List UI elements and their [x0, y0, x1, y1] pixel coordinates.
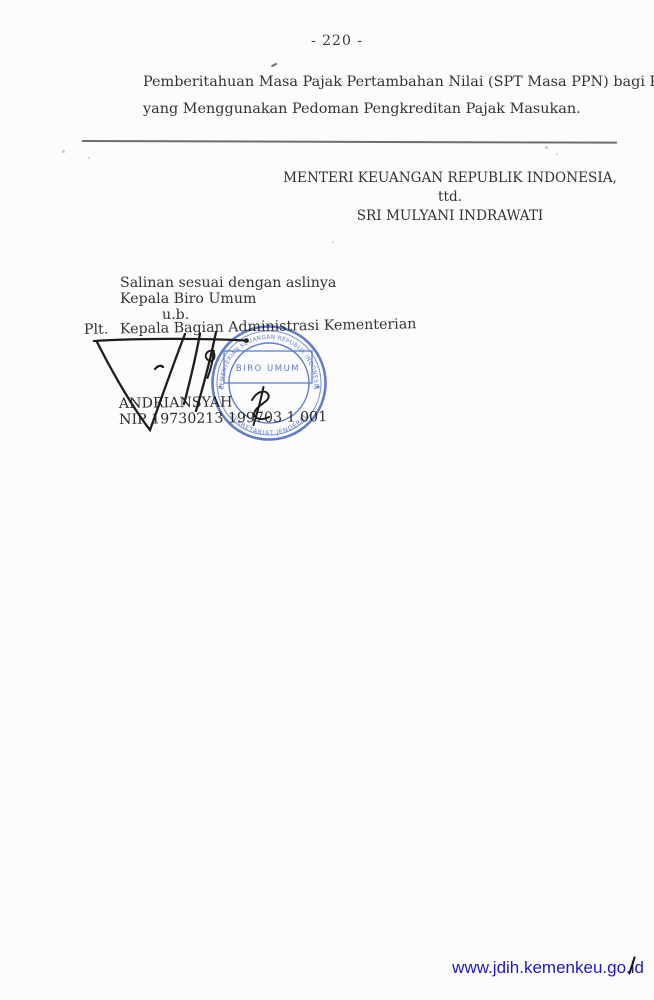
signature-stroke	[184, 334, 200, 405]
minister-title: MENTERI KEUANGAN REPUBLIK INDONESIA,	[250, 169, 650, 188]
minister-name: SRI MULYANI INDRAWATI	[250, 207, 650, 226]
scan-speck	[332, 241, 334, 243]
scan-speck	[62, 150, 65, 153]
minister-signature-block: MENTERI KEUANGAN REPUBLIK INDONESIA, ttd…	[250, 169, 650, 227]
paragraph-line: yang Menggunakan Pedoman Pengkreditan Pa…	[143, 96, 654, 123]
horizontal-rule	[82, 140, 617, 144]
scan-speck	[88, 157, 90, 159]
page-number: - 220 -	[20, 33, 654, 49]
signature-stroke	[155, 366, 163, 369]
signature-initial-stroke	[252, 392, 269, 419]
document-page: - 220 - Pemberitahuan Masa Pajak Pertamb…	[0, 0, 654, 1000]
footer-url-link[interactable]: www.jdih.kemenkeu.go.id	[452, 958, 644, 978]
attestation-line-2: Kepala Biro Umum	[88, 292, 416, 308]
attestation-line-1: Salinan sesuai dengan aslinya	[88, 276, 416, 292]
signature-stroke	[97, 334, 185, 430]
scan-artifact-mark	[271, 63, 277, 67]
handwritten-signature	[80, 325, 345, 445]
signature-dot	[244, 338, 249, 343]
paragraph-line: Pemberitahuan Masa Pajak Pertambahan Nil…	[143, 69, 654, 96]
body-paragraph: Pemberitahuan Masa Pajak Pertambahan Nil…	[143, 69, 654, 123]
scan-speck	[545, 146, 548, 149]
ttd-label: ttd.	[250, 188, 650, 207]
scan-speck	[556, 153, 558, 155]
signature-stroke	[94, 339, 246, 341]
